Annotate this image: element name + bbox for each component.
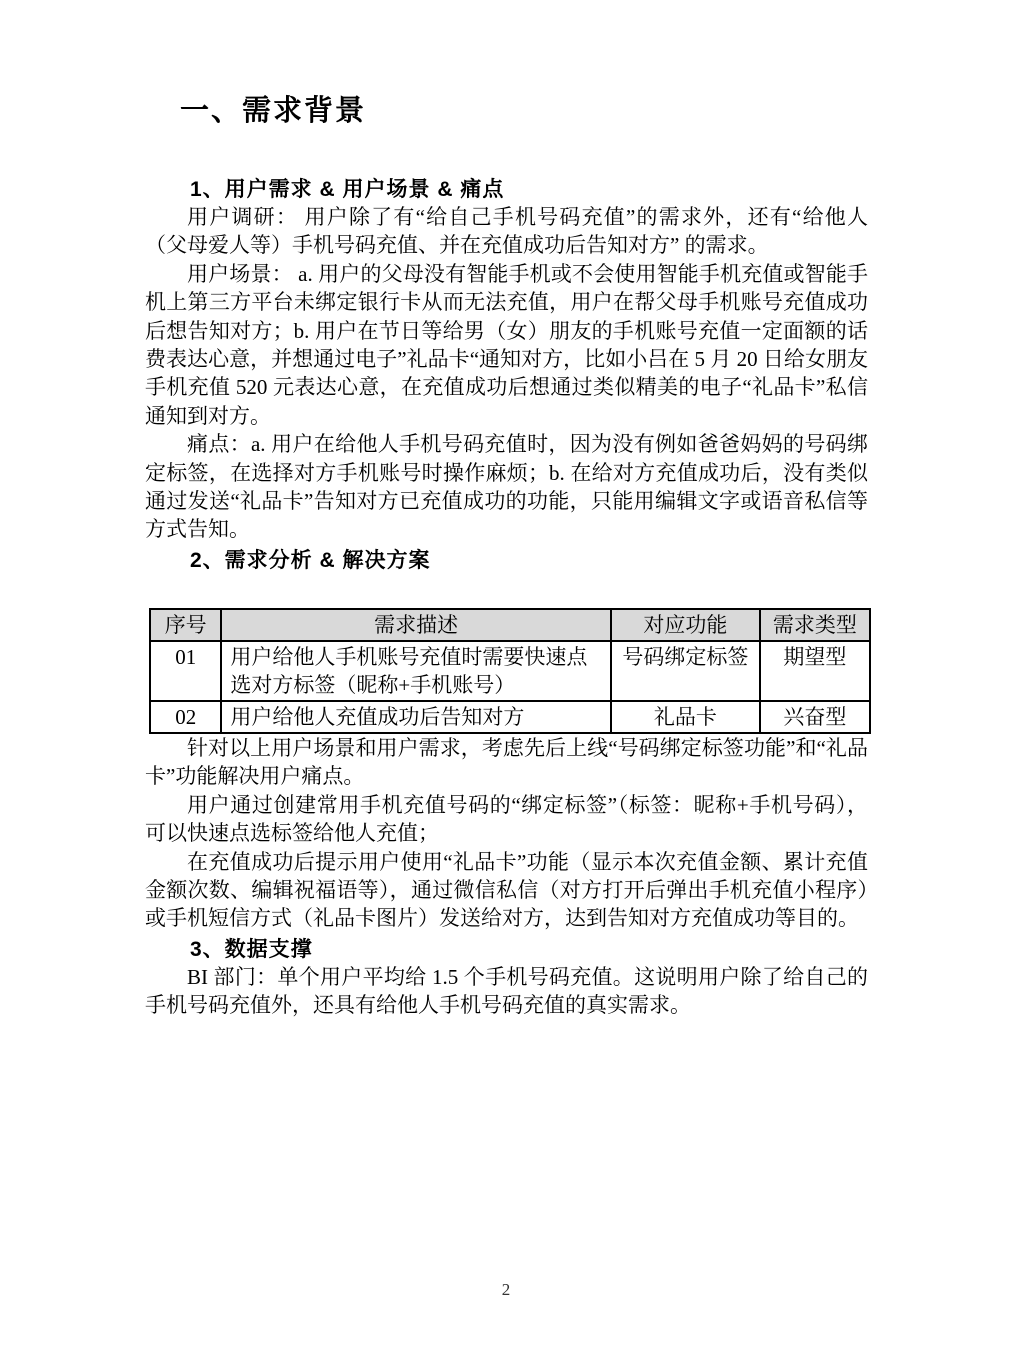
- table-cell-type: 期望型: [760, 641, 870, 701]
- table-cell-func: 礼品卡: [611, 701, 760, 733]
- table-cell-no: 02: [150, 701, 221, 733]
- subsection-heading-analysis: 2、需求分析 & 解决方案: [190, 544, 868, 574]
- document-content: 一、需求背景 1、用户需求 & 用户场景 & 痛点 用户调研： 用户除了有“给自…: [145, 88, 868, 1020]
- paragraph-user-scenarios: 用户场景： a. 用户的父母没有智能手机或不会使用智能手机充值或智能手机上第三方…: [145, 260, 868, 430]
- paragraph-bi-data: BI 部门：单个用户平均给 1.5 个手机号码充值。这说明用户除了给自己的手机号…: [145, 963, 868, 1020]
- table-header-cell-no: 序号: [150, 609, 221, 641]
- paragraph-solution-overview: 针对以上用户场景和用户需求，考虑先后上线“号码绑定标签功能”和“礼品卡”功能解决…: [145, 734, 868, 791]
- paragraph-binding-label: 用户通过创建常用手机充值号码的“绑定标签”（标签：昵称+手机号码），可以快速点选…: [145, 791, 868, 848]
- table-header-cell-desc: 需求描述: [221, 609, 611, 641]
- table-cell-func: 号码绑定标签: [611, 641, 760, 701]
- paragraph-gift-card: 在充值成功后提示用户使用“礼品卡”功能（显示本次充值金额、累计充值金额次数、编辑…: [145, 848, 868, 933]
- table-cell-no: 01: [150, 641, 221, 701]
- table-row: 01 用户给他人手机账号充值时需要快速点选对方标签（昵称+手机账号） 号码绑定标…: [150, 641, 870, 701]
- table-cell-desc: 用户给他人手机账号充值时需要快速点选对方标签（昵称+手机账号）: [221, 641, 611, 701]
- page-number: 2: [0, 1280, 1012, 1300]
- requirements-table: 序号 需求描述 对应功能 需求类型 01 用户给他人手机账号充值时需要快速点选对…: [149, 608, 871, 734]
- table-row: 02 用户给他人充值成功后告知对方 礼品卡 兴奋型: [150, 701, 870, 733]
- table-cell-type: 兴奋型: [760, 701, 870, 733]
- subsection-heading-user-needs: 1、用户需求 & 用户场景 & 痛点: [190, 173, 868, 203]
- paragraph-pain-points: 痛点：a. 用户在给他人手机号码充值时，因为没有例如爸爸妈妈的号码绑定标签，在选…: [145, 430, 868, 544]
- subsection-heading-data-support: 3、数据支撑: [190, 933, 868, 963]
- table-cell-desc: 用户给他人充值成功后告知对方: [221, 701, 611, 733]
- table-header-cell-type: 需求类型: [760, 609, 870, 641]
- document-page: 一、需求背景 1、用户需求 & 用户场景 & 痛点 用户调研： 用户除了有“给自…: [0, 0, 1012, 1358]
- section-title: 一、需求背景: [180, 88, 868, 129]
- table-header-cell-func: 对应功能: [611, 609, 760, 641]
- paragraph-user-research: 用户调研： 用户除了有“给自己手机号码充值”的需求外，还有“给他人（父母爱人等）…: [145, 203, 868, 260]
- table-header-row: 序号 需求描述 对应功能 需求类型: [150, 609, 870, 641]
